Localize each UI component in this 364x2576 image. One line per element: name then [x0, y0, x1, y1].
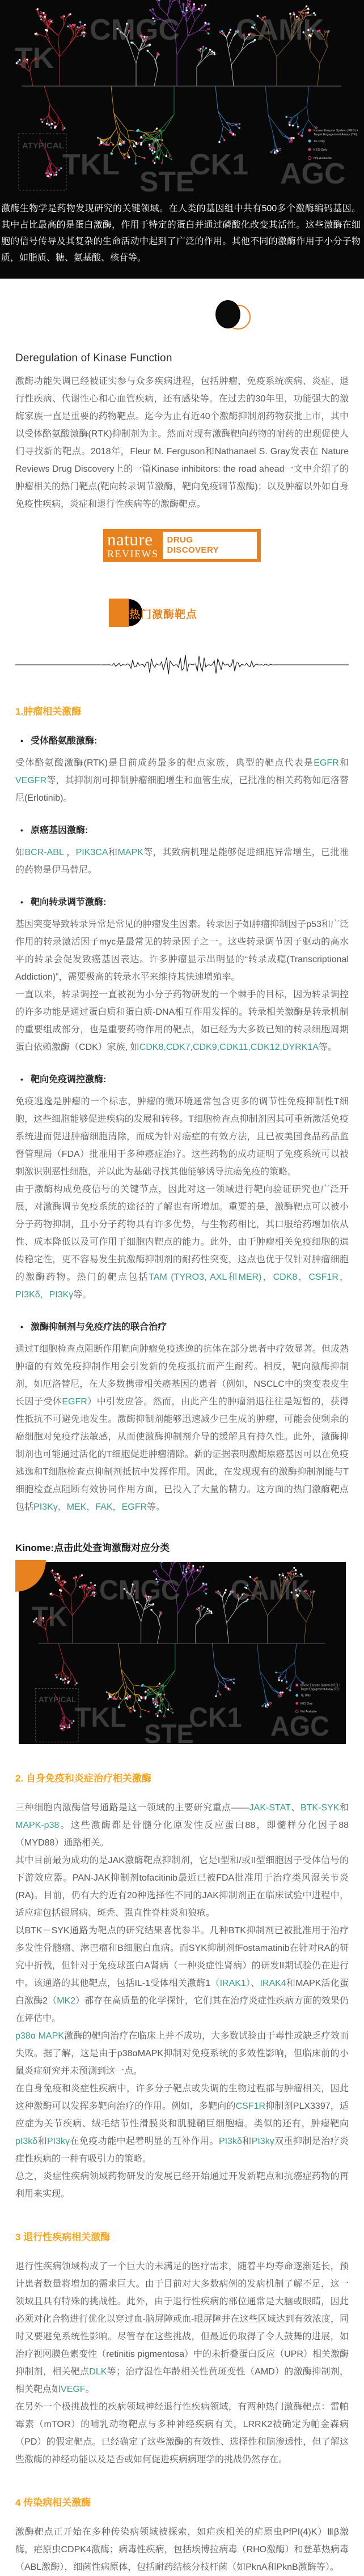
- paragraph: 在另外一个极挑战性的疾病领域神经退行性疾病领域，有两种热门激酶靶点：雷帕霉素（m…: [15, 2398, 349, 2468]
- bullet-subheading: 激酶抑制剂与免疫疗法的联合治疗: [15, 1318, 349, 1336]
- journal-logo: nature REVIEWS DRUG DISCOVERY: [103, 529, 261, 562]
- svg-text:Target Engagement Assay (TE): Target Engagement Assay (TE): [314, 133, 357, 136]
- kinase-target-link[interactable]: PI3kγ: [47, 2137, 70, 2146]
- svg-text:CAMK: CAMK: [230, 1575, 310, 1605]
- article-content: Deregulation of Kinase Function 激酶功能失调已经…: [0, 279, 364, 2576]
- kinase-target-link[interactable]: EGFR: [62, 1397, 87, 1407]
- paragraph: 免疫逃逸是肿瘤的一个标志，肿瘤的微环境通常包含更多的调节性免疫抑制性T细胞，这些…: [15, 1093, 349, 1181]
- text-segment: 三种细胞内激酶信号通路是这一领域的主要研究重点——: [15, 1803, 249, 1813]
- svg-text:CMGC: CMGC: [90, 14, 180, 46]
- bullet-subheading: 受体酪氨酸激酶:: [15, 732, 349, 750]
- bullet-subheading: 原癌基因激酶:: [15, 822, 349, 839]
- article-body: 1.肿瘤相关激酶受体酪氨酸激酶:受体酪氨酸激酶(RTK)是目前成药最多的靶点家族…: [15, 703, 349, 2576]
- section-heading: 2. 自身免疫和炎症治疗相关激酶: [15, 1770, 349, 1784]
- svg-text:STE: STE: [144, 1719, 193, 1744]
- paragraph: 一直以来，转录调控一直被视为小分子药物研发的一个棘手的目标，因为转录调控的许多功…: [15, 986, 349, 1056]
- kinase-target-link[interactable]: JAK-STAT: [249, 1803, 291, 1813]
- text-segment: 激酶的靶向治疗在临床上并不成功，大多数试验由于毒性或缺乏疗效而失败。据了解，这是…: [15, 2031, 349, 2076]
- section-heading: 3 退行性疾病相关激酶: [15, 2229, 349, 2243]
- kinase-target-link[interactable]: VEGF: [61, 2385, 86, 2394]
- drug-label: DRUG: [167, 535, 253, 545]
- svg-text:Kinase Enzyme System (KES) +: Kinase Enzyme System (KES) +: [300, 1684, 341, 1688]
- text-segment: 退行性疾病领域构成了一个巨大的未满足的医疗需求，随着平均寿命逐渐延长，预计患者数…: [15, 2262, 349, 2377]
- text-segment: 等。: [319, 1043, 337, 1052]
- svg-text:Not Available: Not Available: [300, 1710, 317, 1714]
- paragraph: 受体酪氨酸激酶(RTK)是目前成药最多的靶点家族，典型的靶点代表是EGFR和VE…: [15, 754, 349, 807]
- kinase-target-link[interactable]: VEGFR: [15, 776, 46, 785]
- bullet-subheading: 靶向免疫调控激酶:: [15, 1071, 349, 1088]
- paragraph: 激酶靶点正开始在多种传染病领域被探索，如疟疾相关的疟原虫PfPI(4)K）Ⅲβ激…: [15, 2523, 349, 2576]
- svg-text:CK1: CK1: [189, 1703, 242, 1733]
- text-segment: 、: [251, 1979, 260, 1988]
- kinase-target-link[interactable]: CSF1R: [236, 2101, 265, 2111]
- kinase-target-link[interactable]: EGFR: [314, 758, 338, 768]
- eclipse-icon: [215, 300, 251, 335]
- svg-text:CAMK: CAMK: [236, 14, 324, 46]
- text-segment: 、: [291, 1803, 300, 1813]
- text-segment: 等。: [73, 1290, 91, 1300]
- svg-text:CMGC: CMGC: [99, 1575, 180, 1605]
- paragraph: p38α MAPK激酶的靶向治疗在临床上并不成功，大多数试验由于毒性或缺乏疗效而…: [15, 2027, 349, 2080]
- kinase-target-link[interactable]: pI3kδ: [15, 2137, 37, 2146]
- kinase-target-link[interactable]: MAPK: [117, 848, 143, 857]
- orange-square-decoration: [109, 599, 129, 627]
- discovery-label: DISCOVERY: [167, 545, 253, 556]
- paragraph: 其中目前最为成功的是JAK激酶靶点抑制剂，它是I型和/或II型细胞因子受体信号的…: [15, 1852, 349, 1922]
- lead-paragraph: 激酶功能失调已经被证实参与众多疾病进程，包括肿瘤，免疫系统疾病、炎症、退行性疾病…: [15, 373, 349, 513]
- section-heading: 1.肿瘤相关激酶: [15, 703, 349, 717]
- kinase-target-link[interactable]: BTK-SYK: [300, 1803, 339, 1813]
- eclipse-black-disc: [215, 300, 240, 328]
- kinase-target-link[interactable]: p38α MAPK: [15, 2031, 64, 2041]
- text-segment: 。: [86, 2385, 95, 2394]
- paragraph: 在自身免疫和炎症性疾病中，许多分子靶点或失调的生物过程都与肿瘤相关，因此这种激酶…: [15, 2080, 349, 2168]
- text-segment: 和: [339, 1803, 349, 1813]
- hot-targets-label: 热门激酶靶点: [129, 606, 197, 621]
- kinase-target-link[interactable]: CDK8,CDK7,CDK9,CDK11,CDK12,DYRK1A: [139, 1043, 319, 1052]
- text-segment: 如: [15, 848, 24, 857]
- kinome-tree-figure-inline: TKCMGCCAMKTKLSTECK1AGCATYPICALKinase Enz…: [19, 1562, 346, 1744]
- nature-reviews-wordmark: nature REVIEWS: [107, 532, 163, 559]
- svg-text:Not Available: Not Available: [314, 157, 332, 160]
- text-segment: 等。: [147, 1502, 165, 1512]
- svg-text:CK1: CK1: [189, 148, 248, 181]
- text-segment: ，: [64, 848, 75, 857]
- svg-text:TE Only: TE Only: [300, 1694, 311, 1698]
- svg-text:Kinase Enzyme System (KES) +: Kinase Enzyme System (KES) +: [314, 129, 358, 133]
- reviews-wordmark: REVIEWS: [107, 549, 159, 559]
- paragraph: 如BCR-ABL ，PIK3CA和MAPK等，其致病机理是能够促进细胞异常增生，…: [15, 844, 349, 879]
- text-segment: 等，其抑制剂可抑制肿瘤细胞增生和血管生成，已批准的相关药物如厄洛替尼(Erlot…: [15, 776, 349, 803]
- kinome-query-link[interactable]: Kinome:点击此处查询激酶对应分类: [15, 1540, 349, 1554]
- svg-text:AGC: AGC: [270, 1711, 329, 1742]
- paragraph: 由于激酶构成免疫信号的关键节点，因此对这一领域进行靶向验证研究也广泛开展，对激酶…: [15, 1181, 349, 1304]
- banner-intro-paragraph: 激酶生物学是药物发现研究的关键领域。在人类的基因组中共有500多个激酶编码基因。…: [1, 200, 361, 266]
- kinase-target-link[interactable]: PI3kδ: [219, 2137, 242, 2146]
- paragraph: 以BTK－SYK通路为靶点的研究结果喜忧参半。几种BTK抑制剂已被批准用于治疗多…: [15, 1922, 349, 2027]
- svg-text:Target Engagement Assay (TE): Target Engagement Assay (TE): [300, 1688, 340, 1691]
- text-segment: 激酶靶点正开始在多种传染病领域被探索，如疟疾相关的疟原虫PfPI(4)K）Ⅲβ激…: [15, 2527, 349, 2572]
- kinome-banner: TKCMGCCAMKTKLSTECK1AGCATYPICALKinase Enz…: [0, 0, 364, 279]
- text-segment: 免疫逃逸是肿瘤的一个标志，肿瘤的微环境通常包含更多的调节性免疫抑制性T细胞，这些…: [15, 1097, 349, 1177]
- text-segment: 由于激酶构成免疫信号的关键节点，因此对这一领域进行靶向验证研究也广泛开展，对激酶…: [15, 1185, 349, 1282]
- kinase-target-link[interactable]: DLK: [89, 2367, 107, 2377]
- kinome-tree-figure: TKCMGCCAMKTKLSTECK1AGCATYPICALKinase Enz…: [19, 1562, 346, 1744]
- kinase-target-link[interactable]: IRAK4: [260, 1979, 286, 1988]
- kinase-target-link[interactable]: PI3Kγ，MEK，FAK，EGFR: [33, 1502, 147, 1512]
- text-segment: 和: [339, 758, 349, 768]
- article-header: Deregulation of Kinase Function: [15, 279, 349, 368]
- paragraph: 退行性疾病领域构成了一个巨大的未满足的医疗需求，随着平均寿命逐渐延长，预计患者数…: [15, 2258, 349, 2398]
- kinase-target-link[interactable]: PI3kγ: [252, 2137, 274, 2146]
- nature-wordmark: nature: [107, 531, 159, 548]
- svg-text:STE: STE: [139, 166, 194, 193]
- paragraph: 总之，炎症性疾病领域药物研发的发展已经开始通过开发新靶点和抗癌症药物的再利用来实…: [15, 2168, 349, 2203]
- kinase-target-link[interactable]: MAPK-p38: [15, 1821, 59, 1830]
- text-segment: 总之，炎症性疾病领域药物研发的发展已经开始通过开发新靶点和抗癌症药物的再利用来实…: [15, 2172, 349, 2199]
- kinase-target-link[interactable]: PIK3CA: [76, 848, 108, 857]
- bullet-subheading: 靶向转录调节激酶:: [15, 894, 349, 911]
- svg-text:TE Only: TE Only: [314, 140, 325, 143]
- text-segment: 在另外一个极挑战性的疾病领域神经退行性疾病领域，有两种热门激酶靶点：雷帕霉素（m…: [15, 2402, 349, 2464]
- kinase-target-link[interactable]: BCR-ABL: [24, 848, 64, 857]
- text-segment: ）中引发应答。然而，由此产生的肿瘤消退往往是短暂的，获得性抵抗不可避免地发生。激…: [15, 1397, 349, 1512]
- svg-text:KES Only: KES Only: [314, 148, 327, 152]
- text-segment: 和: [242, 2137, 252, 2146]
- paragraph: 基因突变导致转录异常是常见的肿瘤发生因素。转录因子如肿瘤抑制因子p53和广泛作用…: [15, 916, 349, 986]
- kinome-tree-figure: TKCMGCCAMKTKLSTECK1AGCATYPICALKinase Enz…: [0, 0, 364, 193]
- text-segment: 和: [108, 848, 118, 857]
- waveform-divider: [15, 652, 349, 677]
- kinase-target-link[interactable]: （IRAK1）: [210, 1979, 251, 1988]
- svg-text:AGC: AGC: [280, 157, 346, 190]
- paragraph: 三种细胞内激酶信号通路是这一领域的主要研究重点——JAK-STAT、BTK-SY…: [15, 1799, 349, 1852]
- paragraph: 通过T细胞检查点阻断作用靶向肿瘤免疫逃逸的抗体在部分患者中疗效显著。但成熟肿瘤的…: [15, 1340, 349, 1516]
- text-segment: 其中目前最为成功的是JAK激酶靶点抑制剂，它是I型和/或II型细胞因子受体信号的…: [15, 1856, 349, 1918]
- kinase-target-link[interactable]: MK2: [57, 1996, 75, 2006]
- text-segment: 基因突变导致转录异常是常见的肿瘤发生因素。转录因子如肿瘤抑制因子p53和广泛作用…: [15, 920, 349, 982]
- article-page: TKCMGCCAMKTKLSTECK1AGCATYPICALKinase Enz…: [0, 0, 364, 2576]
- text-segment: 和: [37, 2137, 47, 2146]
- hot-targets-badge: 热门激酶靶点: [109, 598, 349, 627]
- section-heading: 4 传染病相关激酶: [15, 2494, 349, 2509]
- page-title: Deregulation of Kinase Function: [15, 352, 172, 365]
- drug-discovery-tag: DRUG DISCOVERY: [163, 532, 257, 559]
- text-segment: 在免疫功能中起着明显的互补作用。: [70, 2137, 219, 2146]
- text-segment: 受体酪氨酸激酶(RTK)是目前成药最多的靶点家族，典型的靶点代表是: [15, 758, 314, 768]
- text-segment: 。这些激酶都是骨髓分化原发性反应蛋白88，即髓样分化因子88（MYD88）通路相…: [15, 1821, 349, 1848]
- svg-text:KES Only: KES Only: [300, 1702, 313, 1706]
